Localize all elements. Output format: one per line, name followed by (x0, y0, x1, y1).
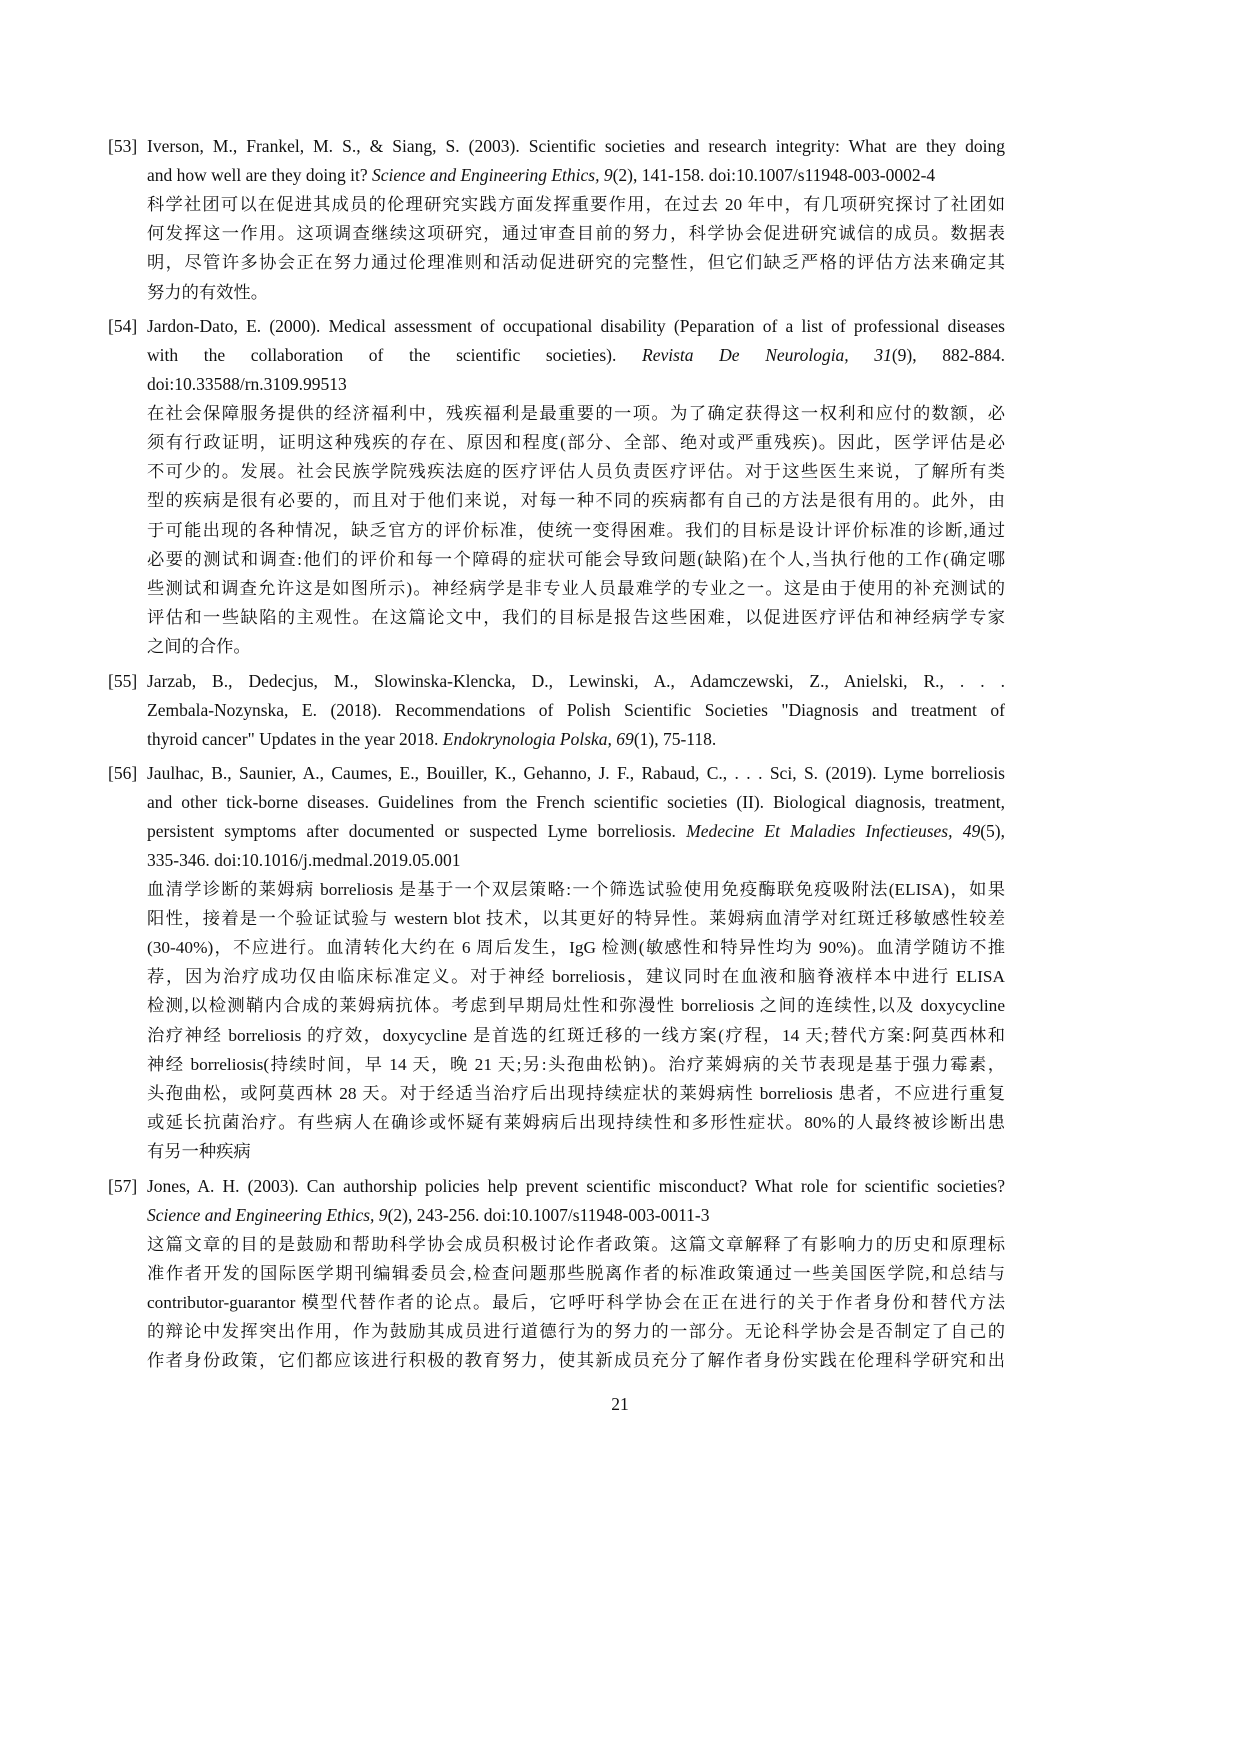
abstract-line: 何发挥这一作用。这项调查继续这项研究，通过审查目前的努力，科学协会促进研究诚信的… (147, 219, 1005, 248)
citation-text: (2), 141-158. doi:10.1007/s11948-003-000… (613, 165, 936, 185)
citation-line: persistent symptoms after documented or … (147, 817, 1005, 846)
abstract-line: 头孢曲松，或阿莫西林 28 天。对于经适当治疗后出现持续症状的莱姆病性 borr… (147, 1079, 1005, 1108)
citation-line: Jarzab, B., Dedecjus, M., Slowinska-Klen… (147, 667, 1005, 696)
journal-name: Endokrynologia Polska, 69 (443, 729, 634, 749)
abstract-line: 须有行政证明，证明这种残疾的存在、原因和程度(部分、全部、绝对或严重残疾)。因此… (147, 428, 1005, 457)
citation-text: Jarzab, B., Dedecjus, M., Slowinska-Klen… (147, 671, 1005, 691)
citation-text: (2), 243-256. doi:10.1007/s11948-003-001… (388, 1205, 710, 1225)
reference-number: [57] (108, 1172, 137, 1201)
citation-text: Iverson, M., Frankel, M. S., & Siang, S.… (147, 136, 1005, 156)
abstract-line: 血清学诊断的莱姆病 borreliosis 是基于一个双层策略:一个筛选试验使用… (147, 875, 1005, 904)
abstract-line: 些测试和调查允许这是如图所示)。神经病学是非专业人员最难学的专业之一。这是由于使… (147, 574, 1005, 603)
citation-text: (1), 75-118. (634, 729, 716, 749)
doi-text: doi:10.33588/rn.3109.99513 (147, 374, 347, 394)
abstract-line: contributor-guarantor 模型代替作者的论点。最后，它呼吁科学… (147, 1288, 1005, 1317)
citation-text: thyroid cancer" Updates in the year 2018… (147, 729, 443, 749)
citation-text: and how well are they doing it? (147, 165, 372, 185)
abstract-line: 在社会保障服务提供的经济福利中，残疾福利是最重要的一项。为了确定获得这一权利和应… (147, 399, 1005, 428)
journal-name: Revista De Neurologia, 31 (642, 345, 892, 365)
abstract-line: 这篇文章的目的是鼓励和帮助科学协会成员积极讨论作者政策。这篇文章解释了有影响力的… (147, 1230, 1005, 1259)
citation-text: Zembala-Nozynska, E. (2018). Recommendat… (147, 700, 1005, 720)
citation-line: Jardon-Dato, E. (2000). Medical assessme… (147, 312, 1005, 341)
citation-text: persistent symptoms after documented or … (147, 821, 686, 841)
citation-line: and other tick-borne diseases. Guideline… (147, 788, 1005, 817)
abstract-line: 评估和一些缺陷的主观性。在这篇论文中，我们的目标是报告这些困难，以促进医疗评估和… (147, 603, 1005, 632)
citation-text: Jones, A. H. (2003). Can authorship poli… (147, 1176, 1005, 1196)
citation-line: 335-346. doi:10.1016/j.medmal.2019.05.00… (147, 846, 1005, 875)
citation-line: Jaulhac, B., Saunier, A., Caumes, E., Bo… (147, 759, 1005, 788)
abstract-line: 荐，因为治疗成功仅由临床标准定义。对于神经 borreliosis，建议同时在血… (147, 962, 1005, 991)
document-page: [53] Iverson, M., Frankel, M. S., & Sian… (0, 0, 1240, 1753)
citation-line: thyroid cancer" Updates in the year 2018… (147, 725, 1005, 754)
citation-line: Zembala-Nozynska, E. (2018). Recommendat… (147, 696, 1005, 725)
citation-text: (9), 882-884. (892, 345, 1005, 365)
abstract-line: 的辩论中发挥突出作用，作为鼓励其成员进行道德行为的努力的一部分。无论科学协会是否… (147, 1317, 1005, 1346)
abstract-line: 准作者开发的国际医学期刊编辑委员会,检查问题那些脱离作者的标准政策通过一些美国医… (147, 1259, 1005, 1288)
journal-name: Science and Engineering Ethics, 9 (372, 165, 613, 185)
reference-entry: [57] Jones, A. H. (2003). Can authorship… (108, 1172, 1005, 1376)
abstract-line: 神经 borreliosis(持续时间，早 14 天，晚 21 天;另:头孢曲松… (147, 1050, 1005, 1079)
journal-name: Science and Engineering Ethics, 9 (147, 1205, 388, 1225)
abstract-line: 有另一种疾病 (147, 1137, 1005, 1166)
abstract-line: 明，尽管许多协会正在努力通过伦理准则和活动促进研究的完整性，但它们缺乏严格的评估… (147, 248, 1005, 277)
reference-entry: [54] Jardon-Dato, E. (2000). Medical ass… (108, 312, 1005, 662)
reference-entry: [55] Jarzab, B., Dedecjus, M., Slowinska… (108, 667, 1005, 754)
citation-line: doi:10.33588/rn.3109.99513 (147, 370, 1005, 399)
citation-text: (5), (980, 821, 1005, 841)
reference-entry: [53] Iverson, M., Frankel, M. S., & Sian… (108, 132, 1005, 307)
abstract-line: 型的疾病是很有必要的，而且对于他们来说，对每一种不同的疾病都有自己的方法是很有用… (147, 486, 1005, 515)
doi-text: 335-346. doi:10.1016/j.medmal.2019.05.00… (147, 850, 461, 870)
abstract-line: 治疗神经 borreliosis 的疗效，doxycycline 是首选的红斑迁… (147, 1021, 1005, 1050)
reference-number: [54] (108, 312, 137, 341)
abstract-line: 作者身份政策，它们都应该进行积极的教育努力，使其新成员充分了解作者身份实践在伦理… (147, 1346, 1005, 1375)
abstract-line: 科学社团可以在促进其成员的伦理研究实践方面发挥重要作用，在过去 20 年中，有几… (147, 190, 1005, 219)
reference-number: [55] (108, 667, 137, 696)
citation-line: Science and Engineering Ethics, 9(2), 24… (147, 1201, 1005, 1230)
reference-number: [53] (108, 132, 137, 161)
citation-text: Jaulhac, B., Saunier, A., Caumes, E., Bo… (147, 763, 1005, 783)
citation-text: with the collaboration of the scientific… (147, 345, 642, 365)
abstract-line: 或延长抗菌治疗。有些病人在确诊或怀疑有莱姆病后出现持续性和多形性症状。80%的人… (147, 1108, 1005, 1137)
abstract-line: 检测,以检测鞘内合成的莱姆病抗体。考虑到早期局灶性和弥漫性 borreliosi… (147, 991, 1005, 1020)
citation-line: with the collaboration of the scientific… (147, 341, 1005, 370)
abstract-line: 于可能出现的各种情况，缺乏官方的评价标准，使统一变得困难。我们的目标是设计评价标… (147, 516, 1005, 545)
citation-line: and how well are they doing it? Science … (147, 161, 1005, 190)
page-number: 21 (0, 1393, 1240, 1415)
citation-text: and other tick-borne diseases. Guideline… (147, 792, 1005, 812)
citation-line: Iverson, M., Frankel, M. S., & Siang, S.… (147, 132, 1005, 161)
citation-text: Jardon-Dato, E. (2000). Medical assessme… (147, 316, 1005, 336)
abstract-line: 阳性，接着是一个验证试验与 western blot 技术，以其更好的特异性。莱… (147, 904, 1005, 933)
reference-list: [53] Iverson, M., Frankel, M. S., & Sian… (108, 132, 1005, 1381)
journal-name: Medecine Et Maladies Infectieuses, 49 (686, 821, 980, 841)
abstract-line: 之间的合作。 (147, 632, 1005, 661)
citation-line: Jones, A. H. (2003). Can authorship poli… (147, 1172, 1005, 1201)
abstract-line: (30-40%)，不应进行。血清转化大约在 6 周后发生，IgG 检测(敏感性和… (147, 933, 1005, 962)
abstract-line: 努力的有效性。 (147, 278, 1005, 307)
abstract-line: 不可少的。发展。社会民族学院残疾法庭的医疗评估人员负责医疗评估。对于这些医生来说… (147, 457, 1005, 486)
reference-number: [56] (108, 759, 137, 788)
reference-entry: [56] Jaulhac, B., Saunier, A., Caumes, E… (108, 759, 1005, 1167)
abstract-line: 必要的测试和调查:他们的评价和每一个障碍的症状可能会导致问题(缺陷)在个人,当执… (147, 545, 1005, 574)
